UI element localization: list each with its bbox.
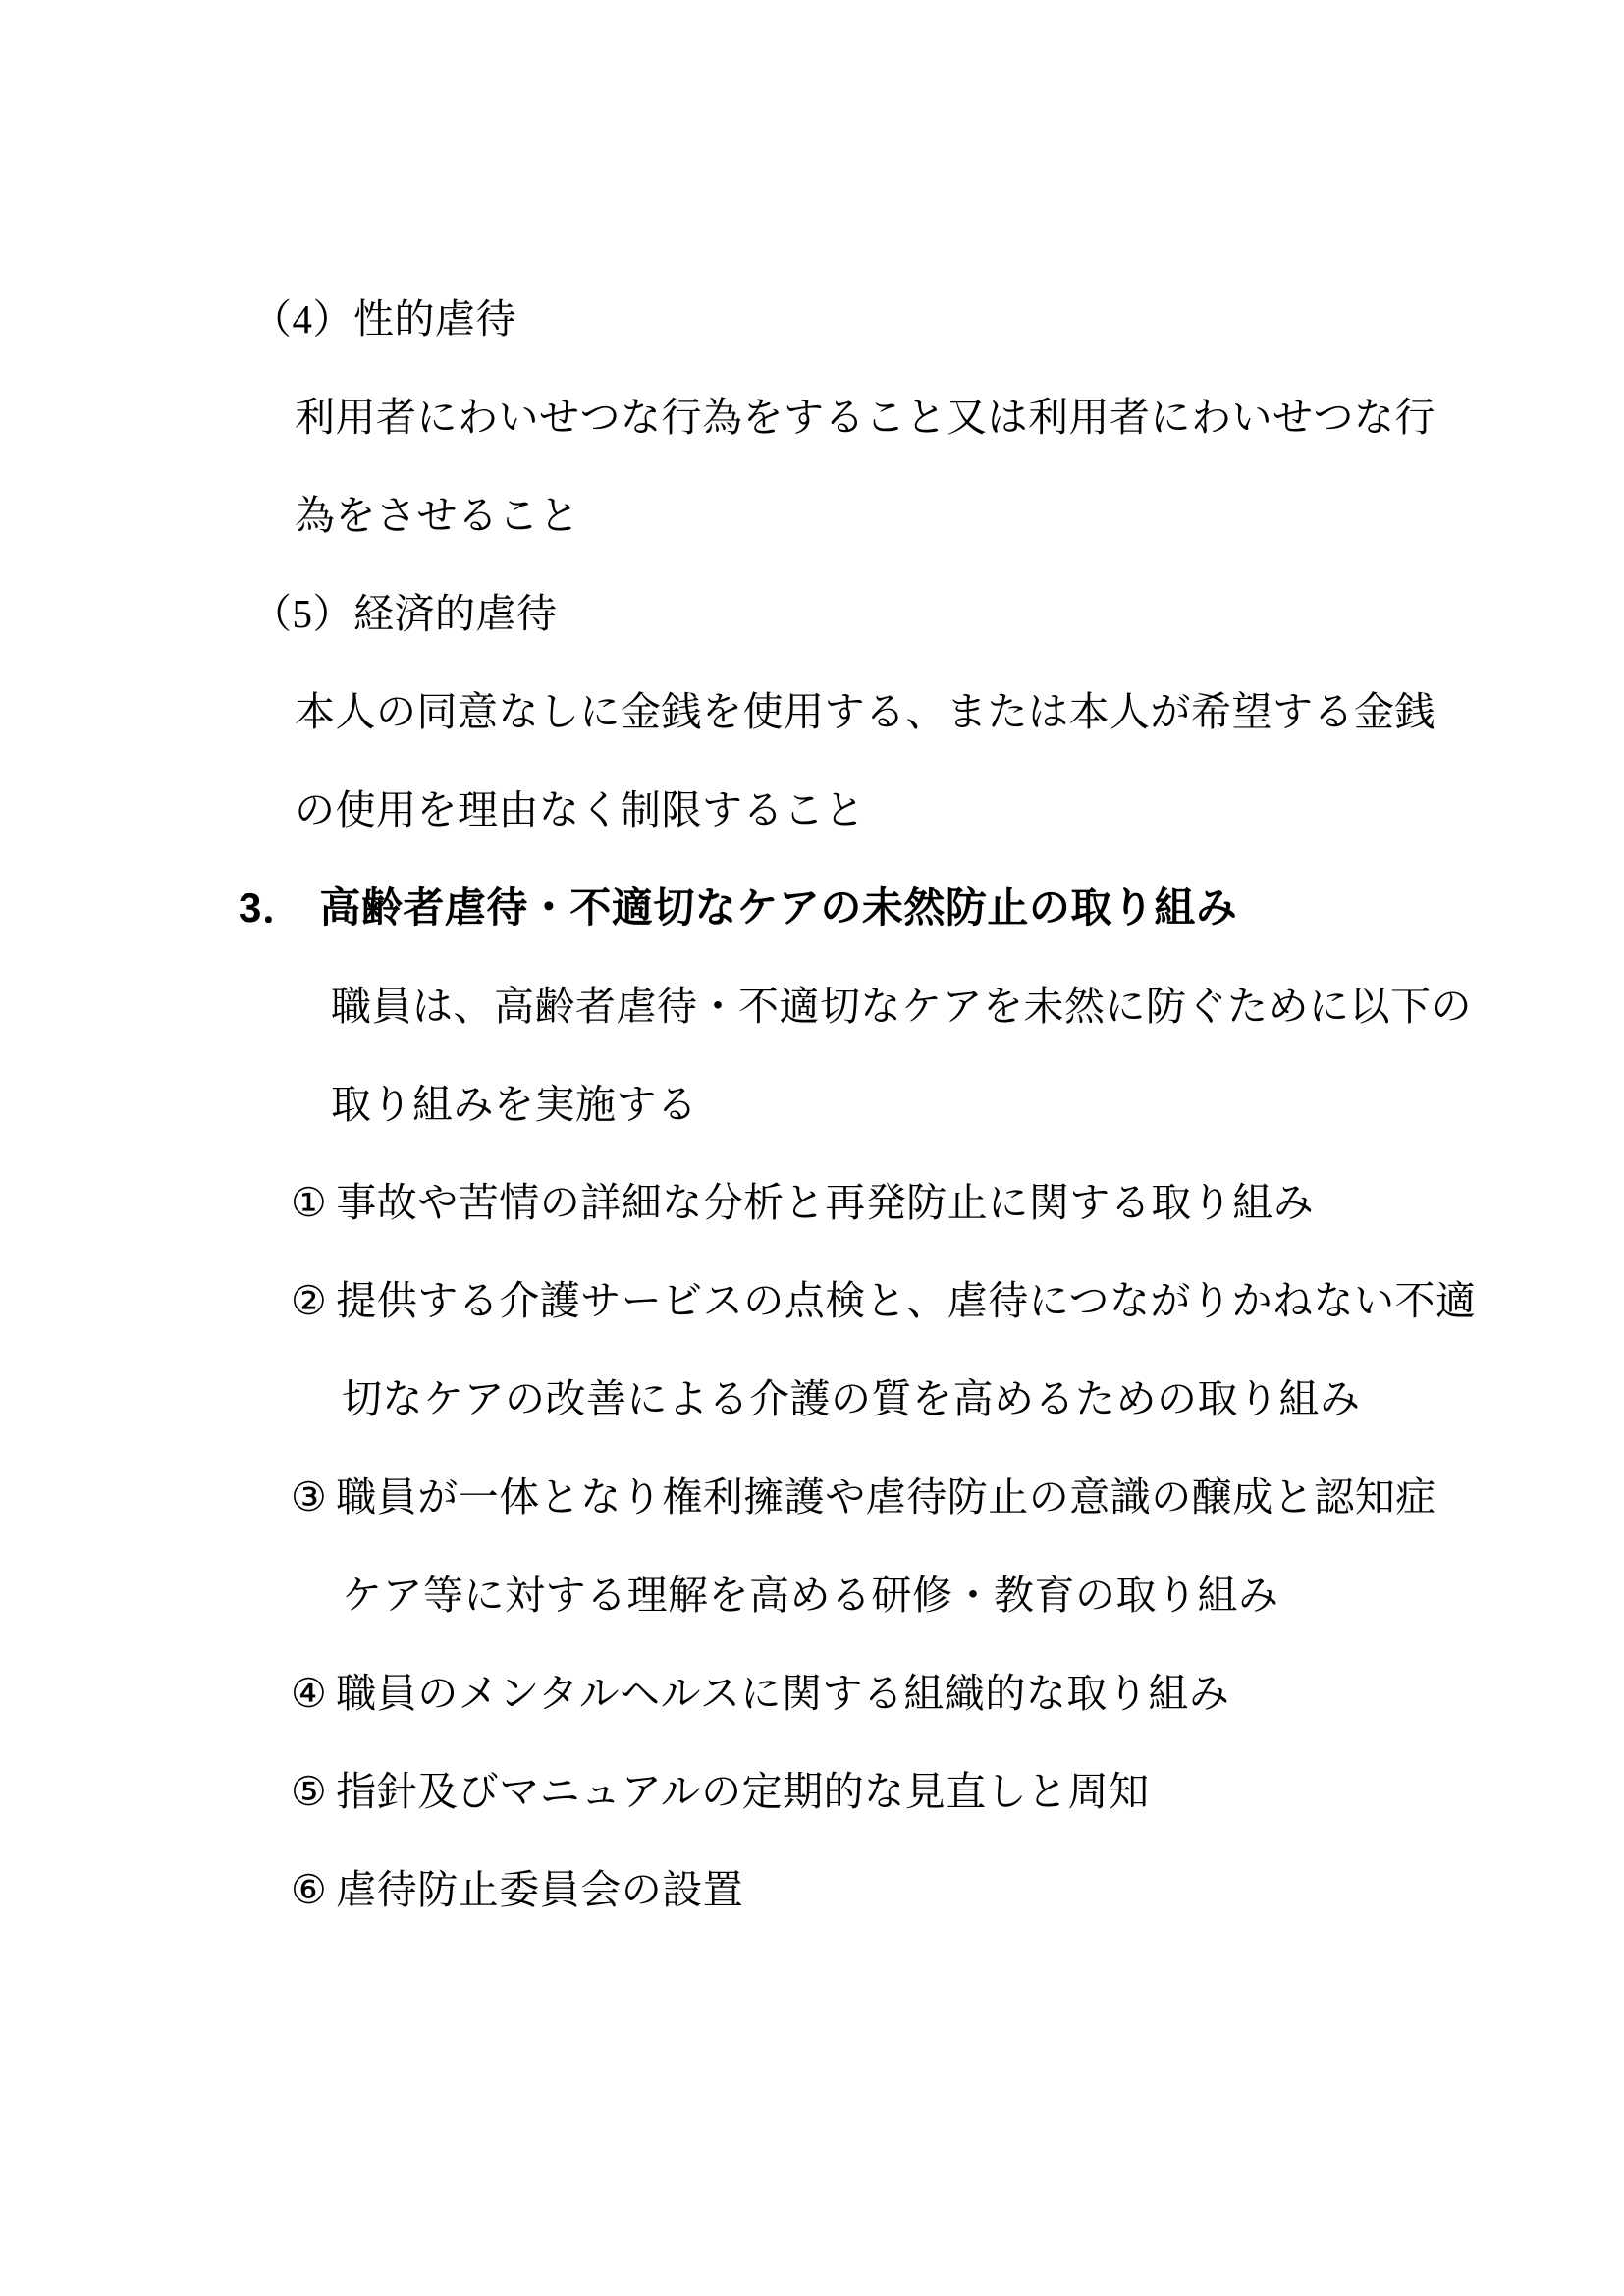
list-item-3: ③職員が一体となり権利擁護や虐待防止の意識の醸成と認知症 <box>0 1448 1624 1546</box>
list-item-1-number: ① <box>291 1153 327 1252</box>
list-item-2-continuation: 切なケアの改善による介護の質を高めるための取り組み <box>0 1350 1624 1448</box>
paragraph-line: 職員は、高齢者虐待・不適切なケアを未然に防ぐために以下の <box>0 957 1624 1055</box>
list-item-3-number: ③ <box>291 1448 327 1546</box>
body-line: の使用を理由なく制限すること <box>0 761 1624 859</box>
list-item-2-number: ② <box>291 1252 327 1350</box>
list-item-5: ⑤指針及びマニュアルの定期的な見直しと周知 <box>0 1742 1624 1841</box>
list-item-2: ②提供する介護サービスの点検と、虐待につながりかねない不適 <box>0 1252 1624 1350</box>
list-item-6-text: 虐待防止委員会の設置 <box>336 1841 743 1939</box>
list-item-3-text: 職員が一体となり権利擁護や虐待防止の意識の醸成と認知症 <box>336 1448 1436 1546</box>
list-item-4-number: ④ <box>291 1644 327 1742</box>
list-item-6-number: ⑥ <box>291 1841 327 1939</box>
list-item-6: ⑥虐待防止委員会の設置 <box>0 1841 1624 1939</box>
body-line: 利用者にわいせつな行為をすること又は利用者にわいせつな行 <box>0 368 1624 466</box>
list-item-1: ①事故や苦情の詳細な分析と再発防止に関する取り組み <box>0 1153 1624 1252</box>
document-page: （4）性的虐待 利用者にわいせつな行為をすること又は利用者にわいせつな行 為をさ… <box>0 0 1624 2296</box>
subheading-economic-abuse: （5）経済的虐待 <box>0 564 1624 663</box>
list-item-5-text: 指針及びマニュアルの定期的な見直しと周知 <box>336 1742 1149 1841</box>
list-item-4-text: 職員のメンタルヘルスに関する組織的な取り組み <box>336 1644 1229 1742</box>
subheading-sexual-abuse: （4）性的虐待 <box>0 270 1624 368</box>
section-number: 3． <box>239 859 303 957</box>
list-item-4: ④職員のメンタルヘルスに関する組織的な取り組み <box>0 1644 1624 1742</box>
list-item-5-number: ⑤ <box>291 1742 327 1841</box>
list-item-2-text: 提供する介護サービスの点検と、虐待につながりかねない不適 <box>336 1252 1476 1350</box>
section-title: 高齢者虐待・不適切なケアの未然防止の取り組み <box>319 859 1237 957</box>
list-item-1-text: 事故や苦情の詳細な分析と再発防止に関する取り組み <box>336 1153 1314 1252</box>
body-line: 為をさせること <box>0 466 1624 564</box>
section-heading-3: 3．高齢者虐待・不適切なケアの未然防止の取り組み <box>0 859 1624 957</box>
list-item-3-continuation: ケア等に対する理解を高める研修・教育の取り組み <box>0 1546 1624 1644</box>
body-line: 本人の同意なしに金銭を使用する、または本人が希望する金銭 <box>0 663 1624 761</box>
paragraph-line: 取り組みを実施する <box>0 1055 1624 1153</box>
document-content: （4）性的虐待 利用者にわいせつな行為をすること又は利用者にわいせつな行 為をさ… <box>0 270 1624 1939</box>
